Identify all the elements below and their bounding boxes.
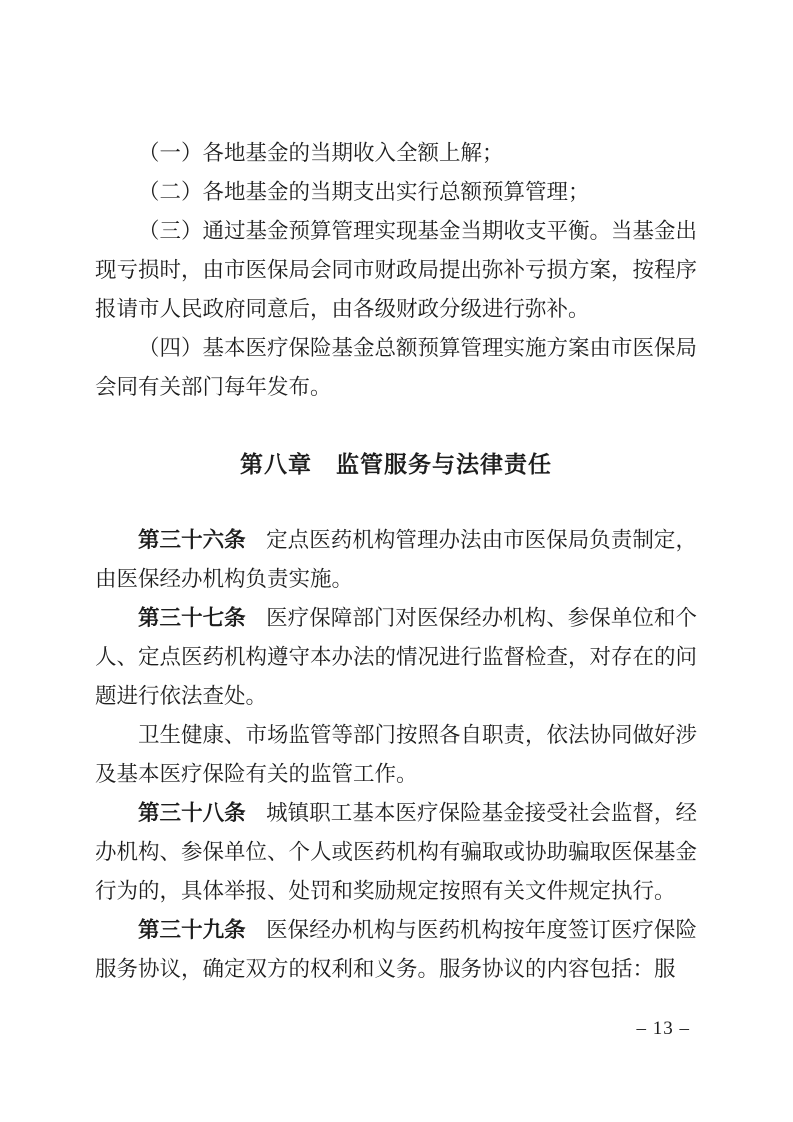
article-36-term: 第三十六条 xyxy=(138,528,246,552)
article-paragraph-text: 卫生健康、市场监管等部门按照各自职责，依法协同做好涉及基本医疗保险有关的监管工作… xyxy=(95,723,697,786)
clause-text: （二）各地基金的当期支出实行总额预算管理； xyxy=(138,180,590,204)
article-38-term: 第三十八条 xyxy=(138,801,246,825)
article-39-term: 第三十九条 xyxy=(138,918,246,942)
document-body: （一）各地基金的当期收入全额上解； （二）各地基金的当期支出实行总额预算管理； … xyxy=(95,0,697,989)
clause-text: （四）基本医疗保险基金总额预算管理实施方案由市医保局会同有关部门每年发布。 xyxy=(95,336,697,399)
clause-text: （三）通过基金预算管理实现基金当期收支平衡。当基金出现亏损时，由市医保局会同市财… xyxy=(95,219,697,321)
article-36: 第三十六条定点医药机构管理办法由市医保局负责制定，由医保经办机构负责实施。 xyxy=(95,521,697,599)
article-38: 第三十八条城镇职工基本医疗保险基金接受社会监督，经办机构、参保单位、个人或医药机… xyxy=(95,794,697,911)
article-37-term: 第三十七条 xyxy=(138,606,246,630)
article-37-paragraph-2: 卫生健康、市场监管等部门按照各自职责，依法协同做好涉及基本医疗保险有关的监管工作… xyxy=(95,716,697,794)
clause-item-4: （四）基本医疗保险基金总额预算管理实施方案由市医保局会同有关部门每年发布。 xyxy=(95,329,697,407)
chapter-heading: 第八章 监管服务与法律责任 xyxy=(95,445,697,484)
article-39: 第三十九条医保经办机构与医药机构按年度签订医疗保险服务协议，确定双方的权利和义务… xyxy=(95,911,697,989)
document-page: （一）各地基金的当期收入全额上解； （二）各地基金的当期支出实行总额预算管理； … xyxy=(0,0,793,1122)
clause-item-3: （三）通过基金预算管理实现基金当期收支平衡。当基金出现亏损时，由市医保局会同市财… xyxy=(95,212,697,329)
clause-text: （一）各地基金的当期收入全额上解； xyxy=(138,141,504,165)
clause-item-1: （一）各地基金的当期收入全额上解； xyxy=(95,134,697,173)
clause-item-2: （二）各地基金的当期支出实行总额预算管理； xyxy=(95,173,697,212)
page-number: – 13 – xyxy=(637,1016,691,1042)
article-37: 第三十七条医疗保障部门对医保经办机构、参保单位和个人、定点医药机构遵守本办法的情… xyxy=(95,599,697,716)
